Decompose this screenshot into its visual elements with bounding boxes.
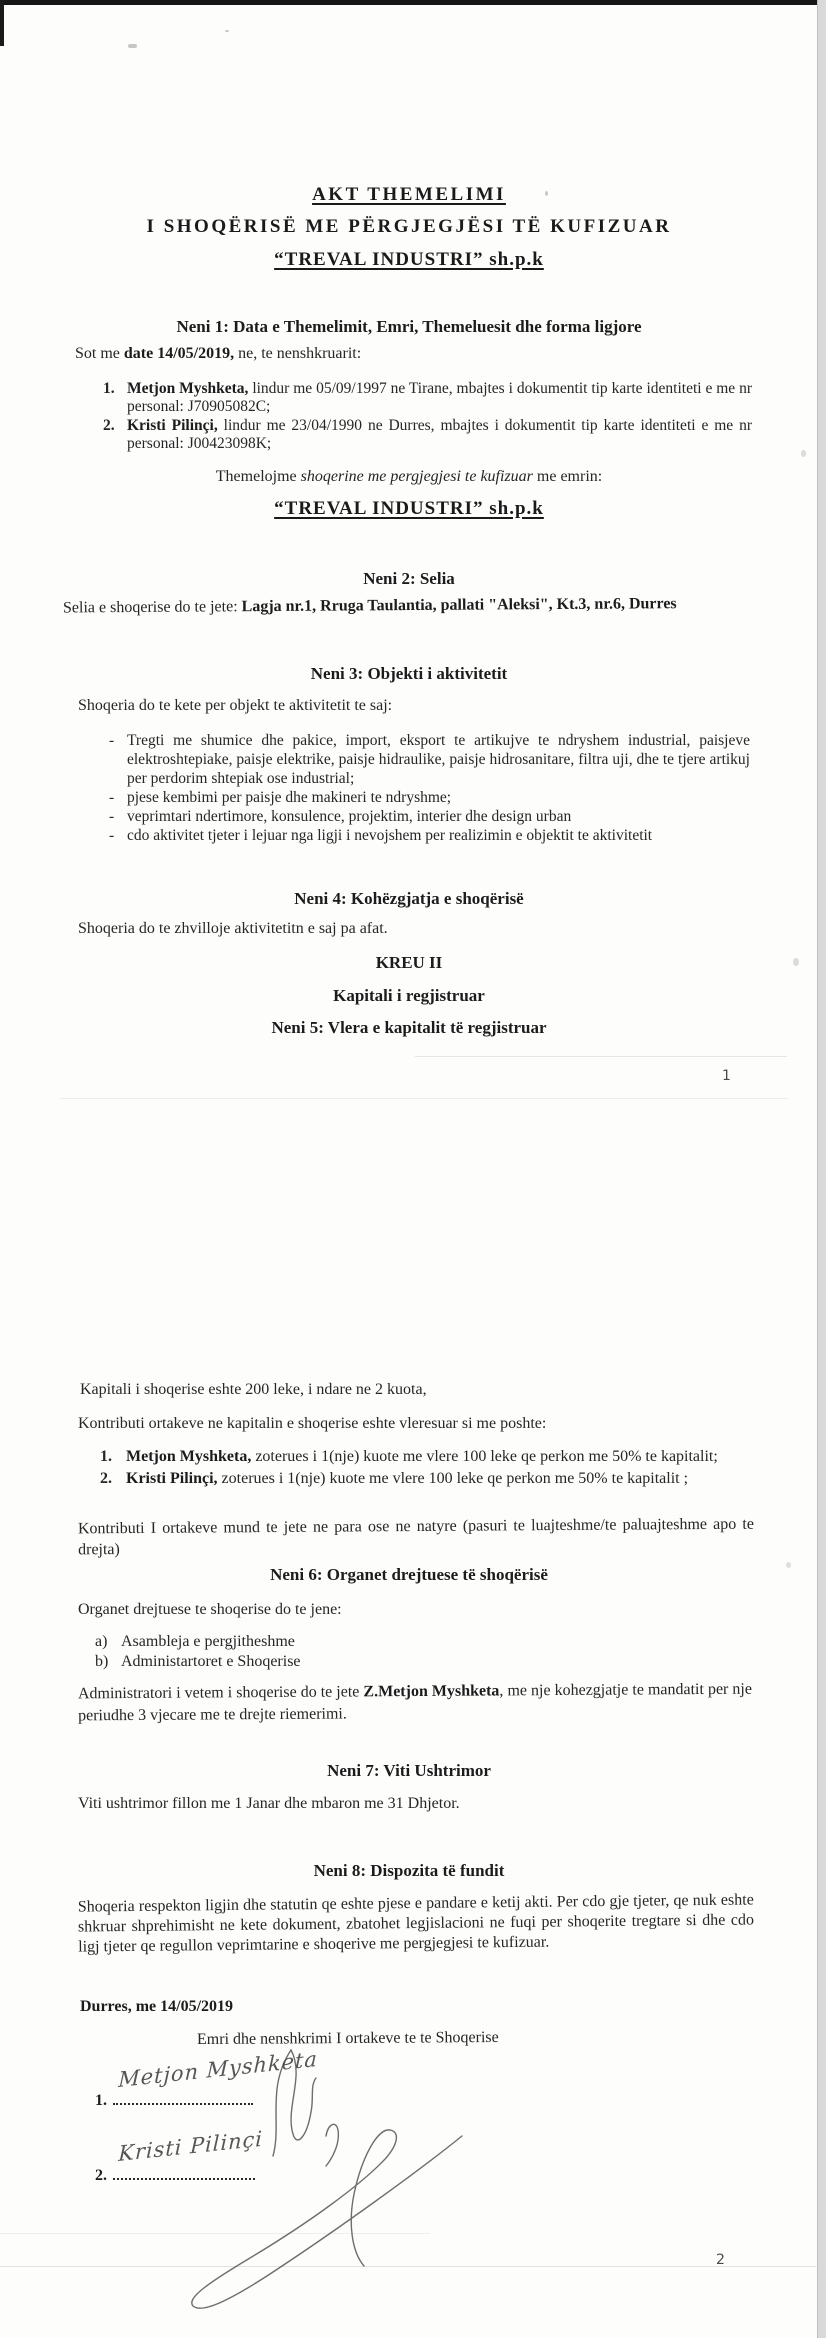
selia-line: Selia e shoqerise do te jete: Lagja nr.1…: [63, 595, 763, 618]
kapitali-line: Kapitali i shoqerise eshte 200 leke, i n…: [80, 1381, 427, 1399]
shareholder-details: zoterues i 1(nje) kuote me vlere 100 lek…: [251, 1448, 718, 1465]
intro-suffix: ne, te nenshkruarit:: [234, 345, 361, 362]
activity-item: -Tregti me shumice dhe pakice, import, e…: [105, 731, 750, 788]
kreu2-subheading: Kapitali i regjistruar: [0, 986, 818, 1006]
activity-text: veprimtari ndertimore, konsulence, proje…: [127, 808, 571, 825]
signature-flourish-1: [273, 2050, 316, 2156]
founder-item: 2.Kristi Pilinçi, lindur me 23/04/1990 n…: [103, 417, 752, 453]
admin-prefix: Administratori i vetem i shoqerise do te…: [78, 1683, 364, 1702]
neni7-heading: Neni 7: Viti Ushtrimor: [0, 1761, 818, 1781]
scan-top-edge: [0, 0, 826, 5]
founders-list: 1.Metjon Myshketa, lindur me 05/09/1997 …: [103, 380, 752, 454]
neni4-text: Shoqeria do te zhvilloje aktivitetitn e …: [78, 920, 388, 938]
selia-prefix: Selia e shoqerise do te jete:: [63, 598, 242, 616]
themelojme-prefix: Themelojme: [216, 468, 301, 485]
organet-item: a)Asambleja e pergjitheshme: [95, 1632, 301, 1652]
kontributi-note: Kontributi I ortakeve mund te jete ne pa…: [78, 1514, 754, 1561]
objekti-intro: Shoqeria do te kete per objekt te aktivi…: [78, 697, 392, 715]
organet-list: a)Asambleja e pergjitheshme b)Administar…: [95, 1632, 301, 1672]
activity-text: Tregti me shumice dhe pakice, import, ek…: [127, 732, 750, 787]
organet-intro: Organet drejtuese te shoqerise do te jen…: [78, 1601, 342, 1619]
scan-left-edge: [0, 0, 4, 46]
organet-letter: a): [95, 1632, 121, 1652]
document-subtitle: I SHOQËRISË ME PËRGJEGJËSI TË KUFIZUAR: [0, 216, 818, 238]
signature-flourish-3: [326, 2124, 338, 2166]
activity-item: -cdo aktivitet tjeter i lejuar nga ligji…: [105, 826, 750, 845]
shareholders-list: 1.Metjon Myshketa, zoterues i 1(nje) kuo…: [100, 1446, 752, 1490]
founding-date: date 14/05/2019,: [124, 345, 234, 362]
intro-line: Sot me date 14/05/2019, ne, te nenshkrua…: [75, 345, 361, 363]
scan-fold-line: [60, 1098, 788, 1099]
neni8-heading: Neni 8: Dispozita të fundit: [0, 1861, 818, 1881]
neni8-paragraph: Shoqeria respekton ligjin dhe statutin q…: [78, 1890, 755, 1957]
company-name-repeat: “TREVAL INDUSTRI” sh.p.k: [0, 498, 818, 520]
founder-number: 2.: [103, 417, 115, 435]
page1-number: 1: [722, 1068, 731, 1084]
neni5-heading: Neni 5: Vlera e kapitalit të regjistruar: [0, 1018, 818, 1038]
company-name-title: “TREVAL INDUSTRI” sh.p.k: [0, 249, 818, 271]
date-place-line: Durres, me 14/05/2019: [80, 1998, 233, 2016]
scan-speck: [801, 450, 806, 457]
organet-text: Administartoret e Shoqerise: [121, 1653, 301, 1670]
company-address: Lagja nr.1, Rruga Taulantia, pallati "Al…: [242, 595, 677, 615]
activity-text: cdo aktivitet tjeter i lejuar nga ligji …: [127, 827, 652, 844]
company-form-italic: shoqerine me pergjegjesi te kufizuar: [301, 468, 533, 485]
neni4-heading: Neni 4: Kohëzgjatja e shoqërisë: [0, 889, 818, 909]
shareholder-item: 2.Kristi Pilinçi, zoterues i 1(nje) kuot…: [100, 1468, 752, 1490]
activity-item: -pjese kembimi per paisje dhe makineri t…: [105, 788, 750, 807]
bullet-dash: -: [109, 788, 114, 807]
organet-letter: b): [95, 1652, 121, 1672]
shareholder-name: Kristi Pilinçi,: [126, 1470, 218, 1487]
neni6-heading: Neni 6: Organet drejtuese të shoqërisë: [0, 1565, 818, 1585]
founder-name: Kristi Pilinçi,: [127, 417, 218, 434]
organet-item: b)Administartoret e Shoqerise: [95, 1652, 301, 1672]
intro-prefix: Sot me: [75, 345, 124, 362]
administrator-paragraph: Administratori i vetem i shoqerise do te…: [78, 1679, 752, 1728]
shareholder-number: 1.: [100, 1446, 112, 1468]
shareholder-item: 1.Metjon Myshketa, zoterues i 1(nje) kuo…: [100, 1446, 752, 1468]
shareholder-number: 2.: [100, 1468, 112, 1490]
bullet-dash: -: [109, 731, 114, 750]
founder-name: Metjon Myshketa,: [127, 380, 248, 397]
signature-flourish-2: [192, 2130, 462, 2308]
kreu2-heading: KREU II: [0, 953, 818, 973]
neni2-heading: Neni 2: Selia: [0, 569, 818, 589]
bullet-dash: -: [109, 826, 114, 845]
founder-item: 1.Metjon Myshketa, lindur me 05/09/1997 …: [103, 380, 752, 416]
neni1-heading: Neni 1: Data e Themelimit, Emri, Themelu…: [0, 317, 818, 337]
founder-details: lindur me 23/04/1990 ne Durres, mbajtes …: [127, 417, 752, 452]
administrator-name: Z.Metjon Myshketa: [363, 1682, 499, 1700]
shareholder-name: Metjon Myshketa,: [126, 1448, 251, 1465]
founder-number: 1.: [103, 380, 115, 398]
neni7-text: Viti ushtrimor fillon me 1 Janar dhe mba…: [78, 1795, 460, 1813]
scanned-document: AKT THEMELIMI I SHOQËRISË ME PËRGJEGJËSI…: [0, 0, 826, 2338]
page2-number: 2: [716, 2252, 725, 2268]
bullet-dash: -: [109, 807, 114, 826]
organet-text: Asambleja e pergjitheshme: [121, 1633, 295, 1650]
kontributi-line: Kontributi ortakeve ne kapitalin e shoqe…: [78, 1415, 546, 1433]
activity-list: -Tregti me shumice dhe pakice, import, e…: [105, 731, 750, 845]
scan-right-line: [817, 0, 818, 2338]
scan-speck: [128, 44, 137, 48]
document-title: AKT THEMELIMI: [0, 184, 818, 206]
activity-text: pjese kembimi per paisje dhe makineri te…: [127, 789, 451, 806]
shareholder-details: zoterues i 1(nje) kuote me vlere 100 lek…: [218, 1470, 689, 1487]
scan-speck: [225, 30, 229, 32]
scan-right-band: [818, 0, 826, 2338]
activity-item: -veprimtari ndertimore, konsulence, proj…: [105, 807, 750, 826]
themelojme-suffix: me emrin:: [533, 468, 602, 485]
scan-fold-line: [415, 1056, 787, 1057]
signature-flourish-strokes: [90, 2038, 510, 2328]
neni3-heading: Neni 3: Objekti i aktivitetit: [0, 664, 818, 684]
themelojme-line: Themelojme shoqerine me pergjegjesi te k…: [0, 468, 818, 486]
